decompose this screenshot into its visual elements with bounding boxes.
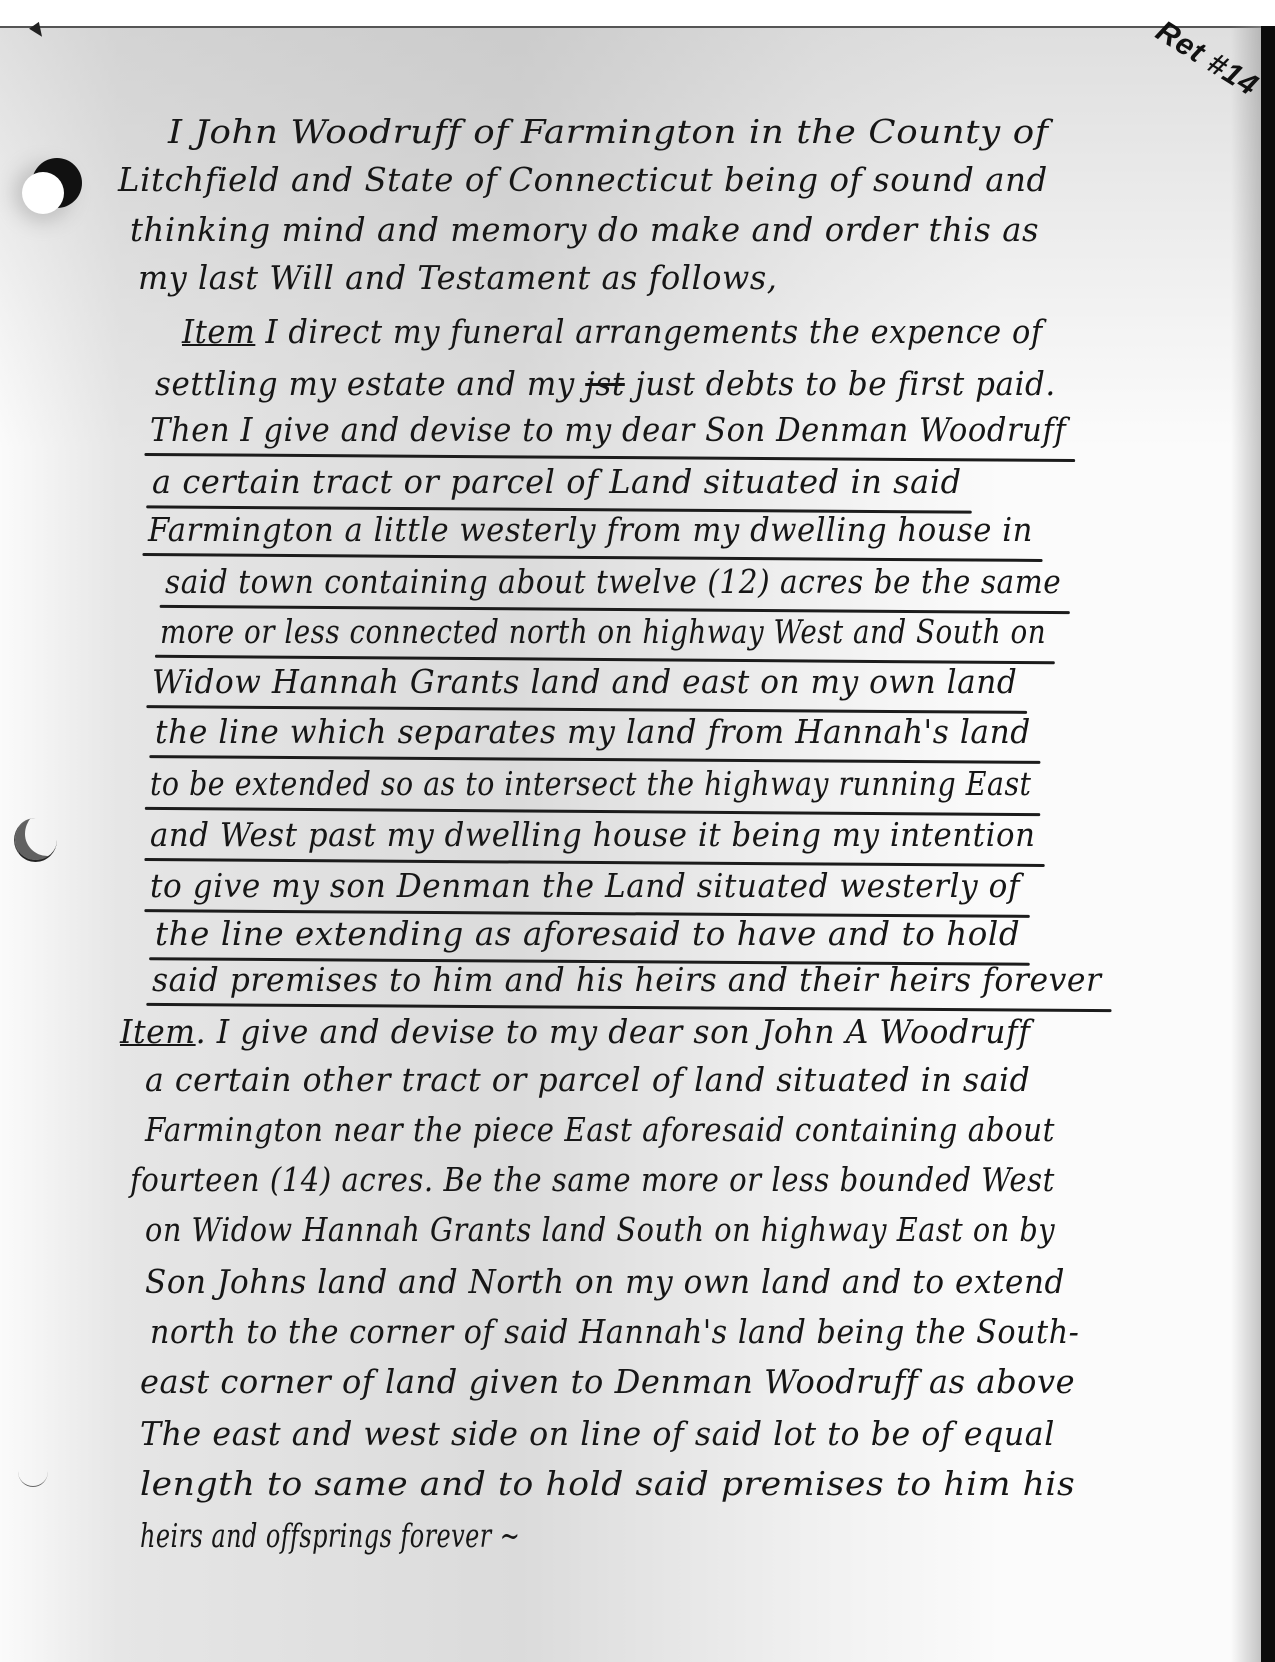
handwritten-line: Item. I give and devise to my dear son J… <box>120 1012 1030 1051</box>
handwritten-line: length to same and to hold said premises… <box>140 1464 1075 1503</box>
handwritten-line: to be extended so as to intersect the hi… <box>150 764 1031 803</box>
handwritten-line: more or less connected north on highway … <box>160 612 1046 651</box>
line-text: Widow Hannah Grants land and east on my … <box>152 662 1017 701</box>
handwritten-line: a certain tract or parcel of Land situat… <box>152 462 962 501</box>
handwritten-line: heirs and offsprings forever ~ <box>140 1516 520 1555</box>
handwritten-line: fourteen (14) acres. Be the same more or… <box>130 1160 1055 1199</box>
scanner-edge <box>1261 26 1275 1662</box>
line-text: Litchfield and State of Connecticut bein… <box>118 160 1048 199</box>
line-text: said town containing about twelve (12) a… <box>165 562 1061 601</box>
line-text: Then I give and devise to my dear Son De… <box>150 410 1066 449</box>
line-text: more or less connected north on highway … <box>160 612 1046 651</box>
handwritten-line: I John Woodruff of Farmington in the Cou… <box>168 112 1049 151</box>
handwritten-line: settling my estate and my jst just debts… <box>155 364 1056 403</box>
handwritten-line: thinking mind and memory do make and ord… <box>130 210 1039 249</box>
line-text: Farmington a little westerly from my dwe… <box>148 510 1033 549</box>
handwritten-line: said town containing about twelve (12) a… <box>165 562 1061 601</box>
line-text: heirs and offsprings forever ~ <box>140 1516 520 1555</box>
line-text: a certain tract or parcel of Land situat… <box>152 462 962 501</box>
struck-out-word: jst <box>585 364 625 403</box>
handwritten-line: my last Will and Testament as follows, <box>138 258 777 297</box>
line-text: the line which separates my land from Ha… <box>155 712 1031 751</box>
line-text: I John Woodruff of Farmington in the Cou… <box>168 112 1049 151</box>
line-text: my last Will and Testament as follows, <box>138 258 777 297</box>
line-text: to give my son Denman the Land situated … <box>150 866 1020 905</box>
handwritten-line: Litchfield and State of Connecticut bein… <box>118 160 1048 199</box>
line-text: I direct my funeral arrangements the exp… <box>255 312 1042 351</box>
handwritten-line: Farmington near the piece East aforesaid… <box>145 1110 1055 1149</box>
handwritten-line: the line which separates my land from Ha… <box>155 712 1031 751</box>
line-text: a certain other tract or parcel of land … <box>145 1060 1030 1099</box>
handwritten-line: north to the corner of said Hannah's lan… <box>150 1312 1079 1351</box>
line-text: east corner of land given to Denman Wood… <box>140 1362 1075 1401</box>
handwritten-line: Item I direct my funeral arrangements th… <box>182 312 1043 351</box>
handwritten-line: Farmington a little westerly from my dwe… <box>148 510 1033 549</box>
line-text: on Widow Hannah Grants land South on hig… <box>145 1210 1055 1249</box>
line-text: the line extending as aforesaid to have … <box>155 914 1020 953</box>
will-text: I John Woodruff of Farmington in the Cou… <box>0 0 1262 1662</box>
line-text: settling my estate and my <box>155 364 585 403</box>
item-heading: Item <box>182 312 255 351</box>
handwritten-line: a certain other tract or parcel of land … <box>145 1060 1030 1099</box>
line-text: Son Johns land and North on my own land … <box>145 1262 1065 1301</box>
handwritten-line: to give my son Denman the Land situated … <box>150 866 1020 905</box>
line-text: and West past my dwelling house it being… <box>150 815 1035 854</box>
line-text: fourteen (14) acres. Be the same more or… <box>130 1160 1055 1199</box>
handwritten-line: the line extending as aforesaid to have … <box>155 914 1020 953</box>
line-text: said premises to him and his heirs and t… <box>152 960 1102 999</box>
handwritten-line: The east and west side on line of said l… <box>140 1414 1055 1453</box>
line-text: to be extended so as to intersect the hi… <box>150 764 1031 803</box>
handwritten-line: and West past my dwelling house it being… <box>150 815 1035 854</box>
handwritten-line: said premises to him and his heirs and t… <box>152 960 1102 999</box>
handwritten-line: east corner of land given to Denman Wood… <box>140 1362 1075 1401</box>
handwritten-line: Then I give and devise to my dear Son De… <box>150 410 1066 449</box>
handwritten-line: Widow Hannah Grants land and east on my … <box>152 662 1017 701</box>
handwritten-line: Son Johns land and North on my own land … <box>145 1262 1065 1301</box>
line-text: thinking mind and memory do make and ord… <box>130 210 1039 249</box>
line-text: just debts to be first paid. <box>625 364 1056 403</box>
line-text: length to same and to hold said premises… <box>140 1464 1075 1503</box>
item-heading: Item <box>120 1012 196 1051</box>
line-text: Farmington near the piece East aforesaid… <box>145 1110 1055 1149</box>
line-text: . I give and devise to my dear son John … <box>196 1012 1031 1051</box>
line-text: north to the corner of said Hannah's lan… <box>150 1312 1079 1351</box>
handwritten-line: on Widow Hannah Grants land South on hig… <box>145 1210 1055 1249</box>
line-text: The east and west side on line of said l… <box>140 1414 1055 1453</box>
